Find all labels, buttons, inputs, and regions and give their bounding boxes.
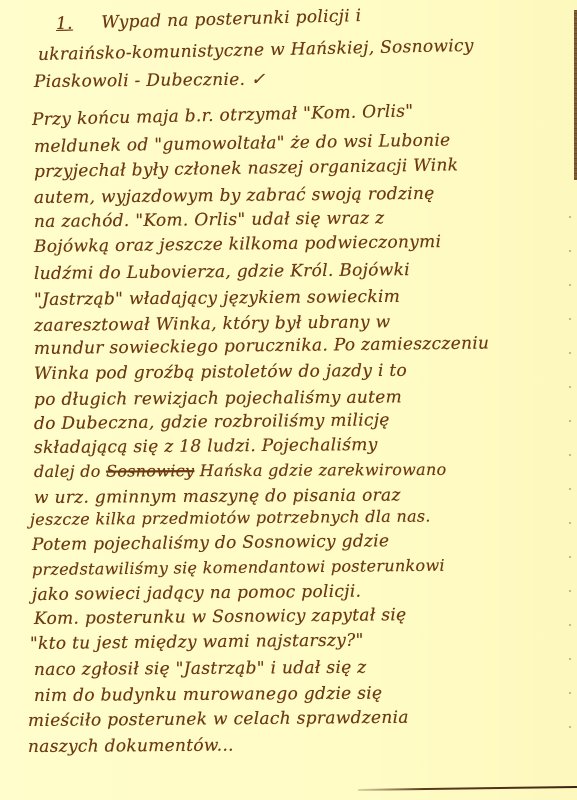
heading-text: Wypad na posterunki policji i [101, 6, 362, 33]
struck-word: Sosnowicy [106, 461, 194, 480]
text-line: Bojówką oraz jeszcze kilkoma podwieczony… [34, 232, 441, 257]
text-line: naszych dokumentów... [28, 736, 234, 757]
text-line: składającą się z 18 ludzi. Pojechaliśmy [34, 435, 378, 458]
text-line: jako sowieci jadący na pomoc policji. [32, 582, 361, 605]
text-line: jeszcze kilka przedmiotów potrzebnych dl… [30, 507, 431, 529]
text-line: na zachód. "Kom. Orlis" udał się wraz z [34, 208, 385, 232]
text-line: Winka pod groźbą pistoletów do jazdy i t… [34, 361, 407, 384]
text-line: przedstawiliśmy się komendantowi posteru… [32, 556, 445, 579]
text-line: do Dubeczna, gdzie rozbroiliśmy milicję [34, 410, 390, 434]
text-line: naco zgłosił się "Jastrząb" i udał się z [34, 658, 367, 680]
text-line: ludźmi do Lubovierza, gdzie Król. Bojówk… [34, 260, 410, 284]
text-line: nim do budynku murowanego gdzie się [34, 684, 382, 706]
text-line-with-strikethrough: dalej do Sosnowicy Hańska gdzie zarekwir… [34, 460, 447, 481]
text-line: mundur sowieckiego porucznika. Po zamies… [34, 333, 489, 359]
text-line: Potem pojechaliśmy do Sosnowicy gdzie [32, 531, 390, 555]
heading-number: 1. [56, 14, 73, 34]
text-line: meldunek od "gumowoltała" że do wsi Lubo… [34, 130, 451, 157]
text-line: w urz. gminnym maszynę do pisania oraz [34, 485, 401, 508]
text-line: po długich rewizjach pojechaliśmy autem [34, 387, 402, 410]
text-line: "kto tu jest między wami najstarszy?" [30, 631, 364, 654]
text-line: Kom. posterunku w Sosnowicy zapytał się [34, 605, 407, 629]
text-line: przyjechał były członek naszej organizac… [34, 155, 459, 182]
text-line: Przy końcu maja b.r. otrzymał "Kom. Orli… [32, 101, 414, 130]
heading-line: 1. Wypad na posterunki policji i [56, 6, 362, 34]
text-line: "Jastrząb" władający językiem sowieckim [34, 287, 400, 310]
handwritten-text-block: 1. Wypad na posterunki policji i ukraińs… [0, 0, 577, 800]
text-line: autem, wyjazdowym by zabrać swoją rodzin… [34, 184, 435, 208]
text-line: mieściło posterunek w celach sprawdzenia [28, 708, 409, 731]
text-line: zaaresztował Winka, który był ubrany w [34, 312, 391, 336]
text-line: ukraińsko-komunistyczne w Hańskiej, Sosn… [38, 36, 474, 65]
text-line: Piaskowoli - Dubecznie. ✓ [34, 70, 266, 92]
manuscript-page: 1. Wypad na posterunki policji i ukraińs… [0, 0, 577, 800]
